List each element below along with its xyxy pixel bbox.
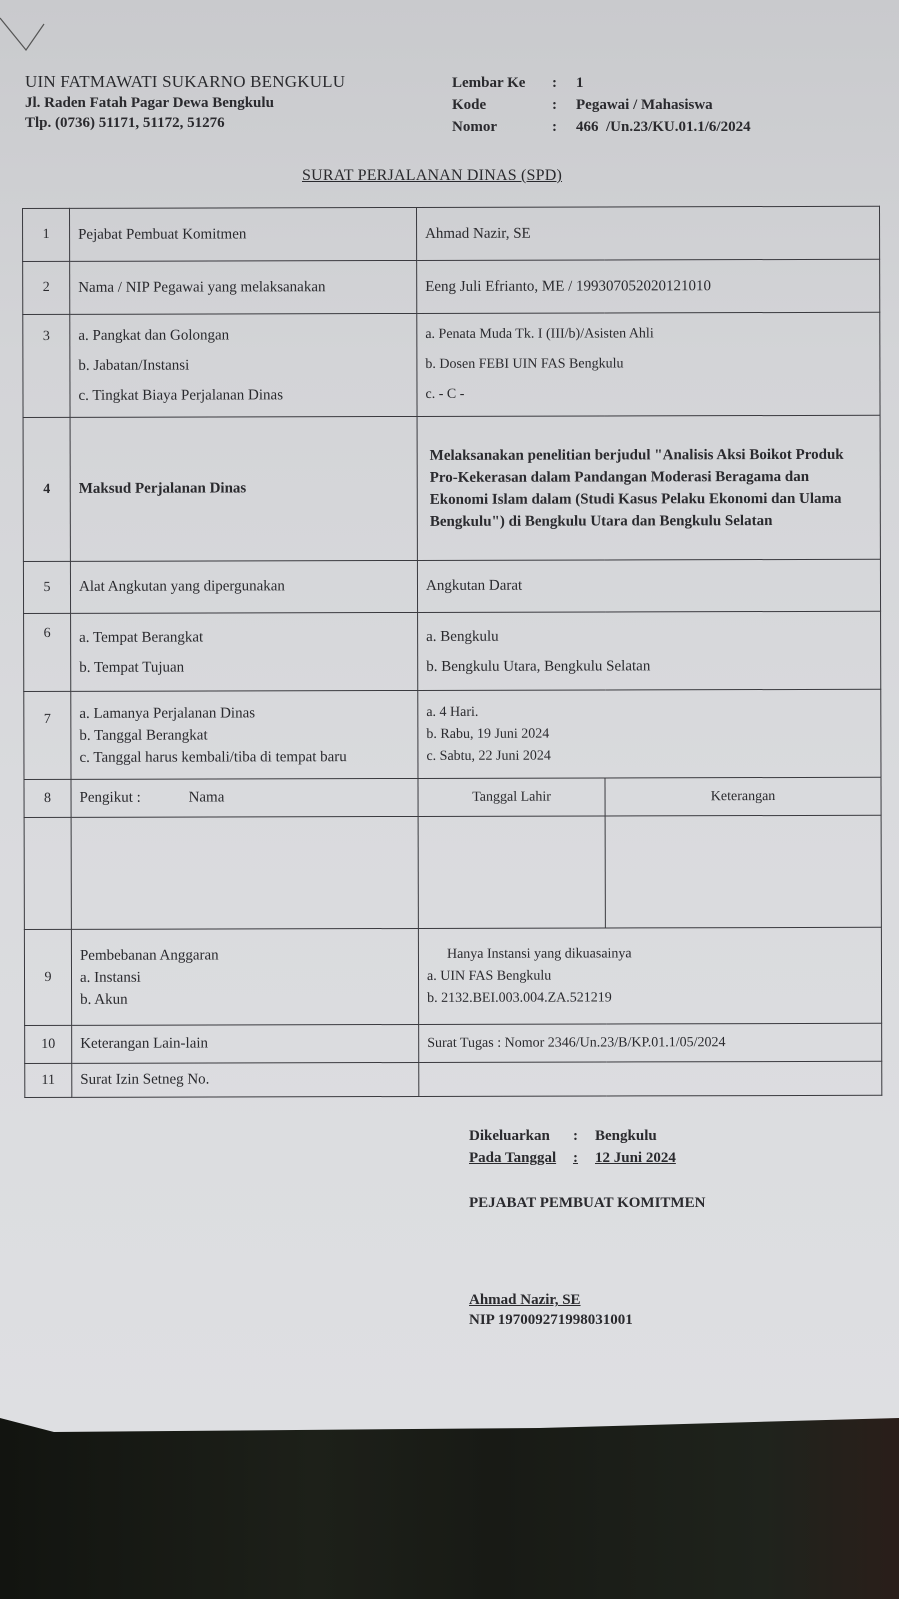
issued-at: Dikeluarkan : Bengkulu bbox=[469, 1125, 705, 1147]
signature-block: Dikeluarkan : Bengkulu Pada Tanggal : 12… bbox=[469, 1125, 705, 1329]
document-page: UIN FATMAWATI SUKARNO BENGKULU Jl. Raden… bbox=[0, 0, 899, 1432]
table-row: 5 Alat Angkutan yang dipergunakan Angkut… bbox=[23, 559, 880, 613]
table-row: 1 Pejabat Pembuat Komitmen Ahmad Nazir, … bbox=[23, 206, 880, 261]
table-row: 2 Nama / NIP Pegawai yang melaksanakan E… bbox=[23, 259, 880, 314]
meta-code: Kode : Pegawai / Mahasiswa bbox=[452, 94, 751, 116]
signer-name: Ahmad Nazir, SE bbox=[469, 1292, 705, 1309]
table-row: 7 a. Lamanya Perjalanan Dinas b. Tanggal… bbox=[24, 689, 881, 779]
letterhead: UIN FATMAWATI SUKARNO BENGKULU Jl. Raden… bbox=[25, 72, 345, 132]
table-row: 4 Maksud Perjalanan Dinas Melaksanakan p… bbox=[23, 415, 880, 561]
table-row-companions-empty bbox=[24, 815, 881, 929]
meta-sheet: Lembar Ke : 1 bbox=[452, 72, 751, 94]
institution-name: UIN FATMAWATI SUKARNO BENGKULU bbox=[25, 72, 345, 92]
document-title: SURAT PERJALANAN DINAS (SPD) bbox=[302, 167, 562, 185]
table-row: 3 a. Pangkat dan Golongan b. Jabatan/Ins… bbox=[23, 312, 880, 417]
table-row: 9 Pembebanan Anggaran a. Instansi b. Aku… bbox=[24, 927, 881, 1025]
meta-number: Nomor : 466 /Un.23/KU.01.1/6/2024 bbox=[452, 116, 751, 138]
table-row: 8 Pengikut : Nama Tanggal Lahir Keterang… bbox=[24, 777, 881, 817]
purpose-text: Melaksanakan penelitian berjudul "Analis… bbox=[426, 437, 872, 538]
paper-fold-mark bbox=[0, 0, 60, 80]
table-row: 10 Keterangan Lain-lain Surat Tugas : No… bbox=[25, 1023, 882, 1063]
spd-table: 1 Pejabat Pembuat Komitmen Ahmad Nazir, … bbox=[22, 206, 882, 1098]
document-meta: Lembar Ke : 1 Kode : Pegawai / Mahasiswa… bbox=[452, 72, 751, 138]
signer-role: PEJABAT PEMBUAT KOMITMEN bbox=[469, 1195, 705, 1212]
institution-phone: Tlp. (0736) 51171, 51172, 51276 bbox=[25, 115, 345, 132]
institution-address: Jl. Raden Fatah Pagar Dewa Bengkulu bbox=[25, 95, 345, 112]
table-row: 6 a. Tempat Berangkat b. Tempat Tujuan a… bbox=[24, 611, 881, 691]
table-row: 11 Surat Izin Setneg No. bbox=[25, 1061, 882, 1097]
issued-date: Pada Tanggal : 12 Juni 2024 bbox=[469, 1147, 705, 1169]
signer-nip: NIP 197009271998031001 bbox=[469, 1312, 705, 1329]
